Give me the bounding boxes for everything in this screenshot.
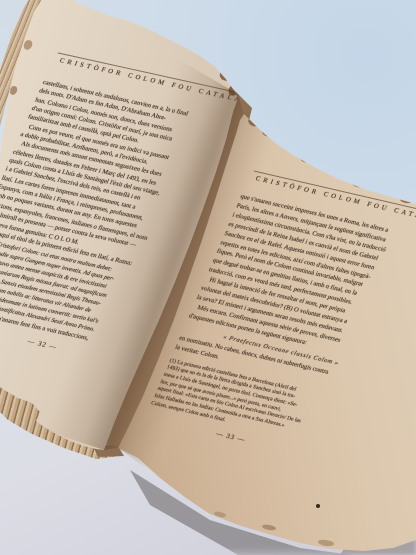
photo-open-book: CRISTÒFOR COLOM FOU CATALÀ castellans, i… <box>0 0 416 555</box>
